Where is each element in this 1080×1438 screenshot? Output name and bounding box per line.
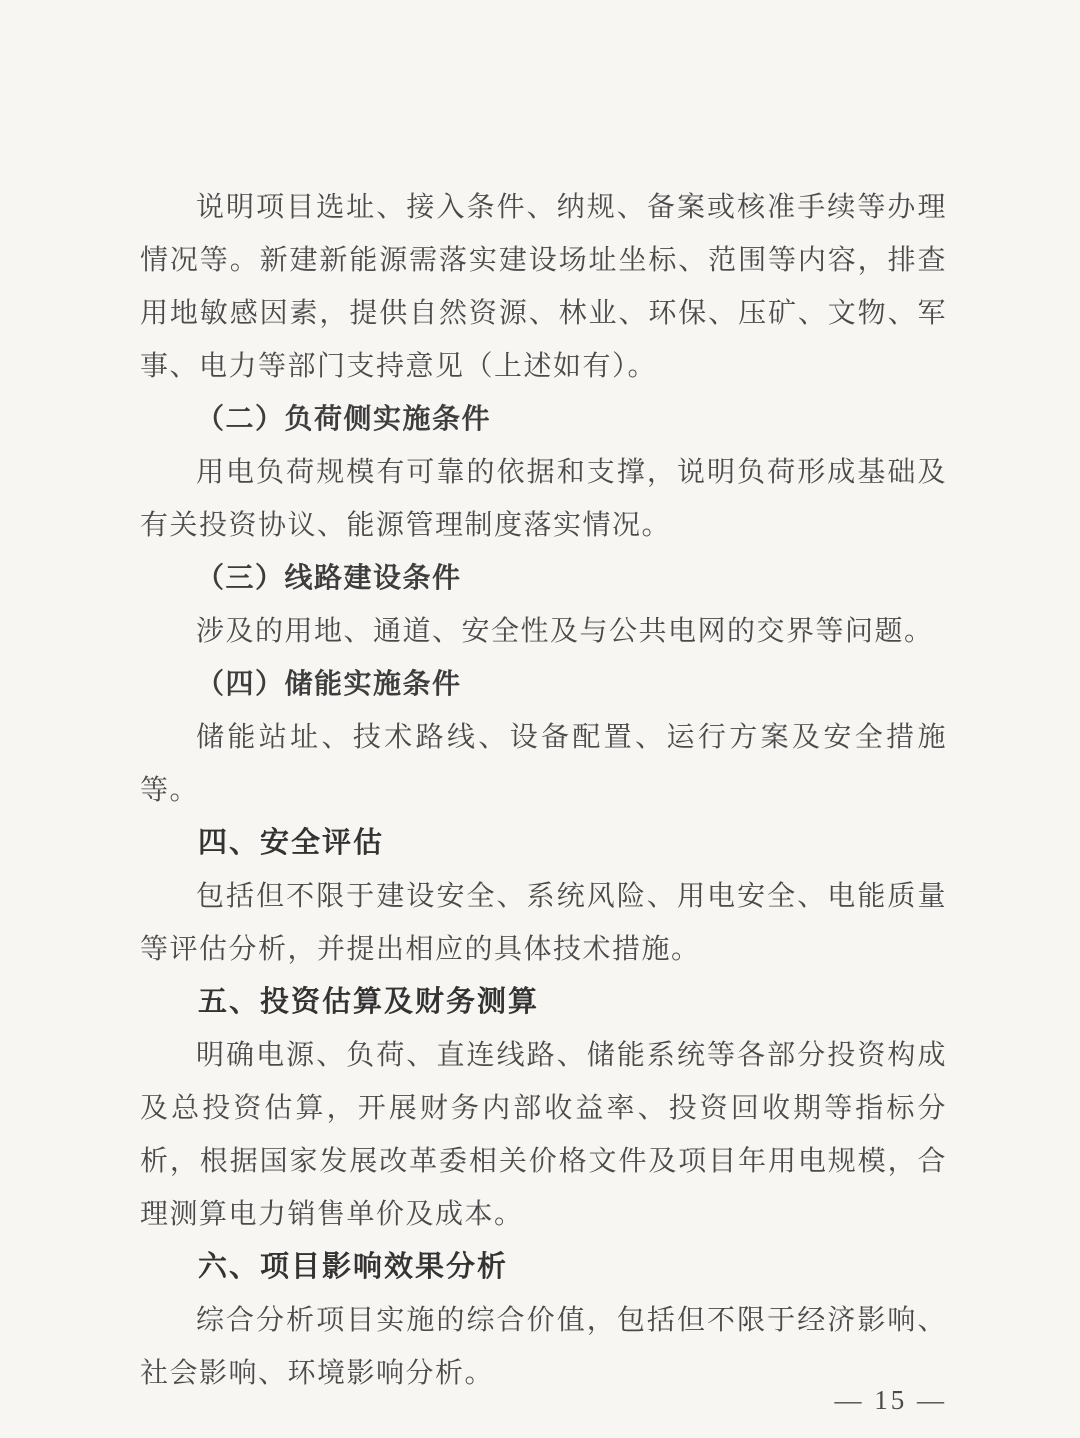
section-subheading-load-side: （二）负荷侧实施条件 [140,393,947,446]
section-heading-impact: 六、项目影响效果分析 [140,1241,947,1294]
paragraph-storage: 储能站址、技术路线、设备配置、运行方案及安全措施等。 [140,711,947,817]
paragraph-investment: 明确电源、负荷、直连线路、储能系统等各部分投资构成及总投资估算，开展财务内部收益… [140,1029,947,1241]
paragraph-load-side: 用电负荷规模有可靠的依据和支撑，说明负荷形成基础及有关投资协议、能源管理制度落实… [140,446,947,552]
page-number: — 15 — [835,1387,948,1414]
paragraph-safety: 包括但不限于建设安全、系统风险、用电安全、电能质量等评估分析，并提出相应的具体技… [140,870,947,976]
paragraph-site-conditions: 说明项目选址、接入条件、纳规、备案或核准手续等办理情况等。新建新能源需落实建设场… [140,181,947,393]
paragraph-impact: 综合分析项目实施的综合价值，包括但不限于经济影响、社会影响、环境影响分析。 [140,1294,947,1400]
section-heading-safety: 四、安全评估 [140,817,947,870]
paragraph-line-build: 涉及的用地、通道、安全性及与公共电网的交界等问题。 [140,605,947,658]
document-body: 说明项目选址、接入条件、纳规、备案或核准手续等办理情况等。新建新能源需落实建设场… [140,181,947,1400]
section-heading-investment: 五、投资估算及财务测算 [140,976,947,1029]
document-page: 说明项目选址、接入条件、纳规、备案或核准手续等办理情况等。新建新能源需落实建设场… [0,0,1080,1438]
section-subheading-line-build: （三）线路建设条件 [140,552,947,605]
section-subheading-storage: （四）储能实施条件 [140,658,947,711]
